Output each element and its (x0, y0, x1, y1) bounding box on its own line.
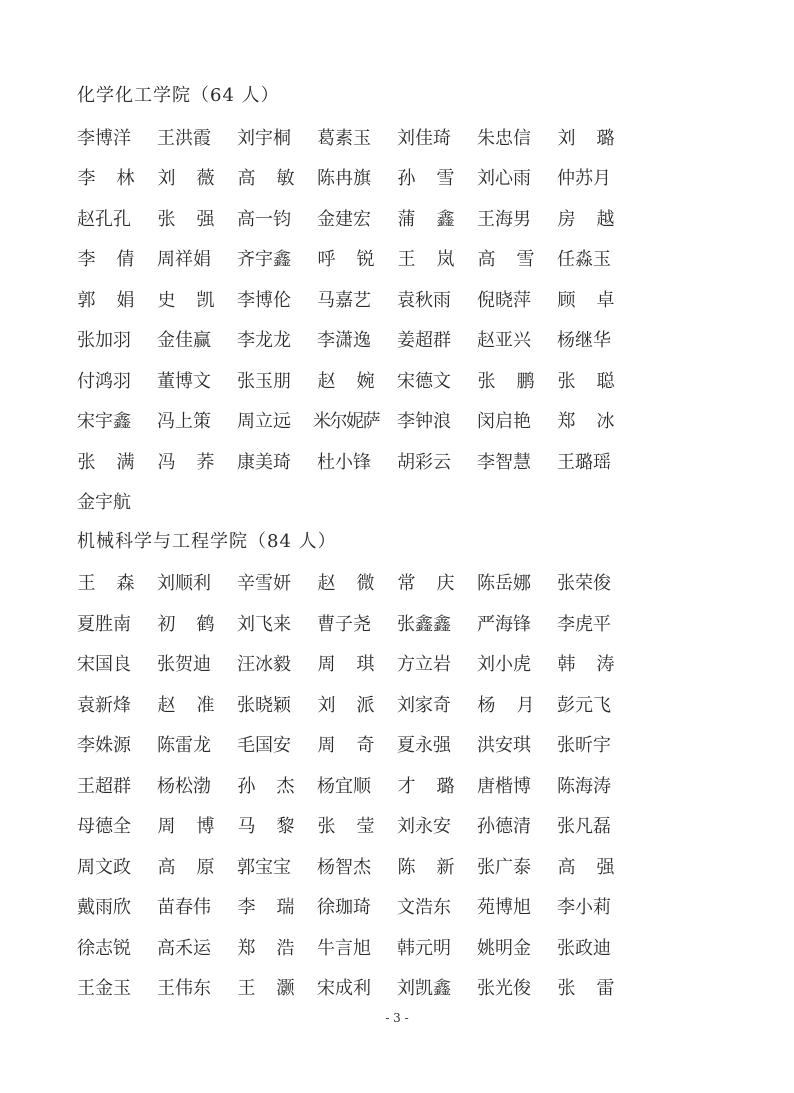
person-name: 张鑫鑫 (397, 610, 477, 636)
person-name: 宋成利 (317, 974, 397, 1000)
name-row: 李林刘薇高敏陈冉旗孙雪刘心雨仲苏月 (77, 157, 637, 198)
person-name: 张凡磊 (557, 812, 637, 838)
person-name: 付鸿羽 (77, 367, 157, 393)
person-name: 汪冰毅 (237, 650, 317, 676)
person-name: 史凯 (157, 286, 215, 312)
person-name: 董博文 (157, 367, 237, 393)
person-name: 张昕宇 (557, 731, 637, 757)
name-row: 母德全周博马黎张莹刘永安孙德清张凡磊 (77, 805, 637, 846)
person-name: 刘飞来 (237, 610, 317, 636)
person-name: 周琪 (317, 650, 375, 676)
person-name: 周祥娟 (157, 245, 237, 271)
person-name: 陈雷龙 (157, 731, 237, 757)
person-name: 王超群 (77, 772, 157, 798)
person-name: 倪晓萍 (477, 286, 557, 312)
person-name: 郭宝宝 (237, 853, 317, 879)
person-name: 郭娟 (77, 286, 135, 312)
person-name: 闵启艳 (477, 407, 557, 433)
person-name: 冯上策 (157, 407, 237, 433)
person-name: 刘璐 (557, 124, 615, 150)
person-name: 葛素玉 (317, 124, 397, 150)
person-name: 张强 (157, 205, 215, 231)
person-name: 周文政 (77, 853, 157, 879)
person-name: 王岚 (397, 245, 455, 271)
person-name: 高雪 (477, 245, 535, 271)
person-name: 刘佳琦 (397, 124, 477, 150)
name-row: 周文政高原郭宝宝杨智杰陈新张广泰高强 (77, 846, 637, 887)
person-name: 赵准 (157, 691, 215, 717)
person-name: 赵微 (317, 569, 375, 595)
person-name: 戴雨欣 (77, 893, 157, 919)
person-name: 韩涛 (557, 650, 615, 676)
document-page: 化学化工学院（64 人）李博洋王洪霞刘宇桐葛素玉刘佳琦朱忠信刘璐李林刘薇高敏陈冉… (77, 76, 637, 1008)
person-name: 李潇逸 (317, 326, 397, 352)
person-name: 米尔妮萨 (313, 407, 397, 433)
person-name: 夏永强 (397, 731, 477, 757)
person-name: 赵婉 (317, 367, 375, 393)
person-name: 高原 (157, 853, 215, 879)
name-row: 王金玉王伟东王灏宋成利刘凯鑫张光俊张雷 (77, 967, 637, 1008)
person-name: 初鹤 (157, 610, 215, 636)
person-name: 王森 (77, 569, 135, 595)
person-name: 刘宇桐 (237, 124, 317, 150)
person-name: 金建宏 (317, 205, 397, 231)
person-name: 任淼玉 (557, 245, 637, 271)
person-name: 陈海涛 (557, 772, 637, 798)
name-row: 张加羽金佳赢李龙龙李潇逸姜超群赵亚兴杨继华 (77, 319, 637, 360)
person-name: 曹子尧 (317, 610, 397, 636)
person-name: 母德全 (77, 812, 157, 838)
person-name: 刘永安 (397, 812, 477, 838)
person-name: 严海锋 (477, 610, 557, 636)
person-name: 张鹏 (477, 367, 535, 393)
name-row: 张满冯荞康美琦杜小锋胡彩云李智慧王璐瑶 (77, 441, 637, 482)
person-name: 刘派 (317, 691, 375, 717)
person-name: 呼锐 (317, 245, 375, 271)
person-name: 苗春伟 (157, 893, 237, 919)
person-name: 刘凯鑫 (397, 974, 477, 1000)
person-name: 宋德文 (397, 367, 477, 393)
person-name: 李瑞 (237, 893, 295, 919)
person-name: 张晓颖 (237, 691, 317, 717)
person-name: 金佳赢 (157, 326, 237, 352)
person-name: 唐楷博 (477, 772, 557, 798)
name-row: 王森刘顺利辛雪妍赵微常庆陈岳娜张荣俊 (77, 562, 637, 603)
person-name: 赵孔孔 (77, 205, 157, 231)
person-name: 宋国良 (77, 650, 157, 676)
person-name: 李博洋 (77, 124, 157, 150)
person-name: 仲苏月 (557, 164, 637, 190)
person-name: 齐宇鑫 (237, 245, 317, 271)
person-name: 刘心雨 (477, 164, 557, 190)
person-name: 杨继华 (557, 326, 637, 352)
person-name: 冯荞 (157, 448, 215, 474)
person-name: 郑冰 (557, 407, 615, 433)
person-name: 杜小锋 (317, 448, 397, 474)
name-row: 付鸿羽董博文张玉朋赵婉宋德文张鹏张聪 (77, 360, 637, 401)
person-name: 徐志锐 (77, 934, 157, 960)
person-name: 周奇 (317, 731, 375, 757)
name-row: 袁新烽赵准张晓颖刘派刘家奇杨月彭元飞 (77, 684, 637, 725)
person-name: 王璐瑶 (557, 448, 637, 474)
person-name: 张政迪 (557, 934, 637, 960)
person-name: 徐珈琦 (317, 893, 397, 919)
person-name: 袁新烽 (77, 691, 157, 717)
person-name: 郑浩 (237, 934, 295, 960)
person-name: 高敏 (237, 164, 295, 190)
person-name: 孙德清 (477, 812, 557, 838)
person-name: 彭元飞 (557, 691, 637, 717)
name-row: 李姝源陈雷龙毛国安周奇夏永强洪安琪张昕宇 (77, 724, 637, 765)
person-name: 陈冉旗 (317, 164, 397, 190)
person-name: 李博伦 (237, 286, 317, 312)
person-name: 杨智杰 (317, 853, 397, 879)
person-name: 孙雪 (397, 164, 455, 190)
person-name: 刘家奇 (397, 691, 477, 717)
person-name: 苑博旭 (477, 893, 557, 919)
person-name: 张满 (77, 448, 135, 474)
person-name: 杨宜顺 (317, 772, 397, 798)
person-name: 牛言旭 (317, 934, 397, 960)
name-row: 戴雨欣苗春伟李瑞徐珈琦文浩东苑博旭李小莉 (77, 886, 637, 927)
name-row: 郭娟史凯李博伦马嘉艺袁秋雨倪晓萍顾卓 (77, 279, 637, 320)
name-row: 宋国良张贺迪汪冰毅周琪方立岩刘小虎韩涛 (77, 643, 637, 684)
person-name: 李龙龙 (237, 326, 317, 352)
page-number: - 3 - (0, 1011, 794, 1025)
section-heading: 机械科学与工程学院（84 人） (77, 522, 637, 563)
name-row: 赵孔孔张强高一钧金建宏蒲鑫王海男房越 (77, 198, 637, 239)
person-name: 方立岩 (397, 650, 477, 676)
name-row: 夏胜南初鹤刘飞来曹子尧张鑫鑫严海锋李虎平 (77, 603, 637, 644)
person-name: 王金玉 (77, 974, 157, 1000)
person-name: 文浩东 (397, 893, 477, 919)
person-name: 李小莉 (557, 893, 637, 919)
person-name: 姚明金 (477, 934, 557, 960)
person-name: 姜超群 (397, 326, 477, 352)
section-heading: 化学化工学院（64 人） (77, 76, 637, 117)
name-row: 李博洋王洪霞刘宇桐葛素玉刘佳琦朱忠信刘璐 (77, 117, 637, 158)
person-name: 王伟东 (157, 974, 237, 1000)
person-name: 王海男 (477, 205, 557, 231)
person-name: 张玉朋 (237, 367, 317, 393)
person-name: 张雷 (557, 974, 615, 1000)
person-name: 顾卓 (557, 286, 615, 312)
person-name: 常庆 (397, 569, 455, 595)
person-name: 王洪霞 (157, 124, 237, 150)
person-name: 赵亚兴 (477, 326, 557, 352)
person-name: 高禾运 (157, 934, 237, 960)
person-name: 陈岳娜 (477, 569, 557, 595)
person-name: 朱忠信 (477, 124, 557, 150)
person-name: 房越 (557, 205, 615, 231)
person-name: 刘顺利 (157, 569, 237, 595)
person-name: 韩元明 (397, 934, 477, 960)
person-name: 李智慧 (477, 448, 557, 474)
person-name: 张莹 (317, 812, 375, 838)
person-name: 高强 (557, 853, 615, 879)
person-name: 康美琦 (237, 448, 317, 474)
person-name: 李姝源 (77, 731, 157, 757)
person-name: 张贺迪 (157, 650, 237, 676)
person-name: 马黎 (237, 812, 295, 838)
person-name: 王灏 (237, 974, 295, 1000)
person-name: 宋宇鑫 (77, 407, 157, 433)
person-name: 李虎平 (557, 610, 637, 636)
person-name: 才璐 (397, 772, 455, 798)
person-name: 高一钧 (237, 205, 317, 231)
person-name: 金宇航 (77, 488, 157, 514)
person-name: 杨月 (477, 691, 535, 717)
person-name: 张广泰 (477, 853, 557, 879)
person-name: 袁秋雨 (397, 286, 477, 312)
person-name: 夏胜南 (77, 610, 157, 636)
person-name: 杨松渤 (157, 772, 237, 798)
person-name: 孙杰 (237, 772, 295, 798)
person-name: 马嘉艺 (317, 286, 397, 312)
person-name: 刘薇 (157, 164, 215, 190)
name-row: 李倩周祥娟齐宇鑫呼锐王岚高雪任淼玉 (77, 238, 637, 279)
person-name: 胡彩云 (397, 448, 477, 474)
name-row: 金宇航 (77, 481, 637, 522)
person-name: 陈新 (397, 853, 455, 879)
person-name: 刘小虎 (477, 650, 557, 676)
name-row: 王超群杨松渤孙杰杨宜顺才璐唐楷博陈海涛 (77, 765, 637, 806)
person-name: 张加羽 (77, 326, 157, 352)
person-name: 李林 (77, 164, 135, 190)
person-name: 周立远 (237, 407, 317, 433)
name-row: 宋宇鑫冯上策周立远米尔妮萨李钟浪闵启艳郑冰 (77, 400, 637, 441)
person-name: 毛国安 (237, 731, 317, 757)
person-name: 周博 (157, 812, 215, 838)
name-row: 徐志锐高禾运郑浩牛言旭韩元明姚明金张政迪 (77, 927, 637, 968)
person-name: 张聪 (557, 367, 615, 393)
person-name: 辛雪妍 (237, 569, 317, 595)
person-name: 洪安琪 (477, 731, 557, 757)
person-name: 李钟浪 (397, 407, 477, 433)
person-name: 张光俊 (477, 974, 557, 1000)
person-name: 蒲鑫 (397, 205, 455, 231)
person-name: 李倩 (77, 245, 135, 271)
person-name: 张荣俊 (557, 569, 637, 595)
